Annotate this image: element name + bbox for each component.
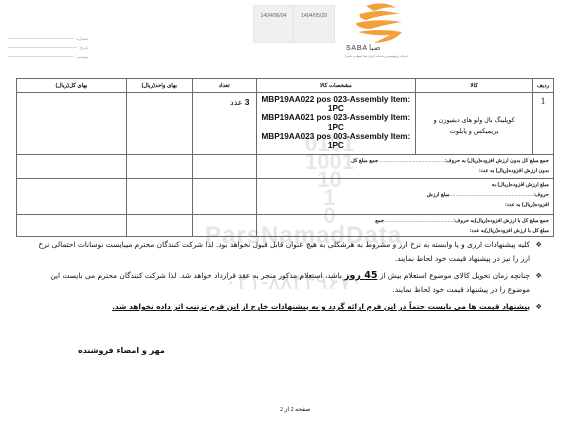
spec-line: MBP19AA022 pos 023-Assembly Item:: [259, 95, 414, 104]
summary-total-with-vat: جمع مبلغ کل با ارزش افزوده(ریال)به حروف:…: [256, 215, 553, 237]
summary-vat-number-label: افزوده(ریال) به عدد:: [261, 200, 549, 210]
qty-unit: عدد: [230, 98, 243, 107]
summary-row-vat: مبلغ ارزش افزوده(ریال) به حروف:.........…: [17, 179, 554, 215]
meta-attachment-line: [8, 56, 73, 57]
spec-line: MBP19AA021 pos 023-Assembly Item:: [259, 113, 414, 122]
summary-vat-label: مبلغ ارزش افزوده(ریال) به: [261, 180, 549, 190]
summary-vat-words-label: حروف:: [533, 192, 549, 198]
summary-vat: مبلغ ارزش افزوده(ریال) به حروف:.........…: [256, 179, 553, 215]
spec-line: 1PC: [259, 104, 414, 113]
header-qty: تعداد: [192, 79, 256, 93]
summary-row-total-without-vat: جمع مبلغ کل بدون ارزش افزوده(ریال) به حر…: [17, 155, 554, 179]
spec-line: 1PC: [259, 141, 414, 150]
summary-vat-left-label: مبلغ ارزش: [427, 192, 450, 198]
header-total-price: بهای کل(ریال): [17, 79, 127, 93]
summary-cell-qty: [192, 215, 256, 237]
summary-grand-words-label: جمع مبلغ کل با ارزش افزوده(ریال)به حروف:: [453, 218, 549, 224]
table-header-row: ردیف کالا مشخصات کالا تعداد بهای واحد(ری…: [17, 79, 554, 93]
saba-logo-icon: [344, 2, 412, 62]
terms-notes: ❖ کلیه پیشنهادات ارزی و یا وابسته به نرخ…: [30, 238, 542, 314]
note-form-usage-text: پیشنهاد قیمت ها می بایست حتماً در این فر…: [30, 300, 530, 314]
diamond-bullet-icon: ❖: [530, 269, 542, 297]
summary-row-total-with-vat: جمع مبلغ کل با ارزش افزوده(ریال)به حروف:…: [17, 215, 554, 237]
cell-total-price[interactable]: [17, 93, 127, 155]
summary-cell-unit: [126, 155, 192, 179]
cell-row-number: 1: [533, 93, 554, 155]
summary-total-words-label: جمع مبلغ کل بدون ارزش افزوده(ریال) به حر…: [444, 158, 549, 164]
meta-date-row: تاریخ:: [8, 43, 88, 52]
cell-unit-price[interactable]: [126, 93, 192, 155]
date-boxes: 1404/06/04 1404/05/28: [253, 5, 335, 43]
summary-total-number-label: بدون ارزش افزوده(ریال) به عدد:: [261, 166, 549, 176]
summary-total-without-vat: جمع مبلغ کل بدون ارزش افزوده(ریال) به حر…: [256, 155, 553, 179]
table-row: 1 کوپلینگ بال ولو های دیفیوزن و پریمیکس …: [17, 93, 554, 155]
diamond-bullet-icon: ❖: [530, 300, 542, 314]
note-delivery-text: چنانچه زمان تحویل کالای موضوع استعلام بی…: [30, 269, 530, 297]
date-deadline: 1404/06/04: [254, 6, 294, 42]
header-spec: مشخصات کالا: [256, 79, 416, 93]
header-unit-price: بهای واحد(ریال): [126, 79, 192, 93]
note-form-usage: ❖ پیشنهاد قیمت ها می بایست حتماً در این …: [30, 300, 542, 314]
note-currency: ❖ کلیه پیشنهادات ارزی و یا وابسته به نرخ…: [30, 238, 542, 266]
meta-number-label: شماره:: [74, 36, 88, 41]
logo-latin-text: SABA: [346, 45, 368, 52]
note-delivery-before: چنانچه زمان تحویل کالای موضوع استعلام بی…: [380, 271, 530, 280]
summary-total-with-vat-value[interactable]: [17, 215, 127, 237]
qty-number: 3: [245, 97, 250, 107]
note-currency-text: کلیه پیشنهادات ارزی و یا وابسته به نرخ ا…: [30, 238, 530, 266]
summary-cell-unit: [126, 179, 192, 215]
header-row-number: ردیف: [533, 79, 554, 93]
seller-signature-label: مهر و امضاء فروشنده: [78, 346, 165, 355]
summary-cell-qty: [192, 155, 256, 179]
summary-vat-value[interactable]: [17, 179, 127, 215]
header-item: کالا: [416, 79, 533, 93]
summary-grand-left-label: جمع: [375, 218, 384, 224]
summary-grand-number-label: مبلغ کل با ارزش افزوده(ریال)به عدد:: [261, 226, 549, 236]
summary-cell-qty: [192, 179, 256, 215]
summary-cell-unit: [126, 215, 192, 237]
logo-subtitle: شرکت پتروشیمی و خدمات انرژی صبا (سهامی خ…: [345, 54, 408, 58]
meta-date-label: تاریخ:: [77, 45, 88, 50]
note-delivery-days: 45 روز: [344, 270, 377, 281]
meta-attachment-row: پیوست:: [8, 52, 88, 61]
logo-persian-text: صبا: [369, 43, 381, 52]
cell-item-name: کوپلینگ بال ولو های دیفیوزن و پریمیکس و …: [416, 93, 533, 155]
spec-line: MBP19AA023 pos 003-Assembly Item:: [259, 132, 414, 141]
items-table: ردیف کالا مشخصات کالا تعداد بهای واحد(ری…: [16, 78, 554, 237]
cell-qty: 3 عدد: [192, 93, 256, 155]
meta-date-line: [8, 47, 77, 48]
document-meta: شماره: تاریخ: پیوست:: [8, 34, 88, 61]
summary-total-without-vat-value[interactable]: [17, 155, 127, 179]
diamond-bullet-icon: ❖: [530, 238, 542, 266]
meta-attachment-label: پیوست:: [73, 54, 88, 59]
meta-number-row: شماره:: [8, 34, 88, 43]
page-number: صفحه 2 از 2: [280, 406, 310, 413]
meta-number-line: [8, 38, 74, 39]
cell-spec: MBP19AA022 pos 023-Assembly Item: 1PC MB…: [256, 93, 416, 155]
summary-total-left-label: جمع مبلغ کل: [351, 158, 378, 164]
spec-line: 1PC: [259, 123, 414, 132]
date-issued: 1404/05/28: [294, 6, 334, 42]
note-delivery: ❖ چنانچه زمان تحویل کالای موضوع استعلام …: [30, 269, 542, 297]
